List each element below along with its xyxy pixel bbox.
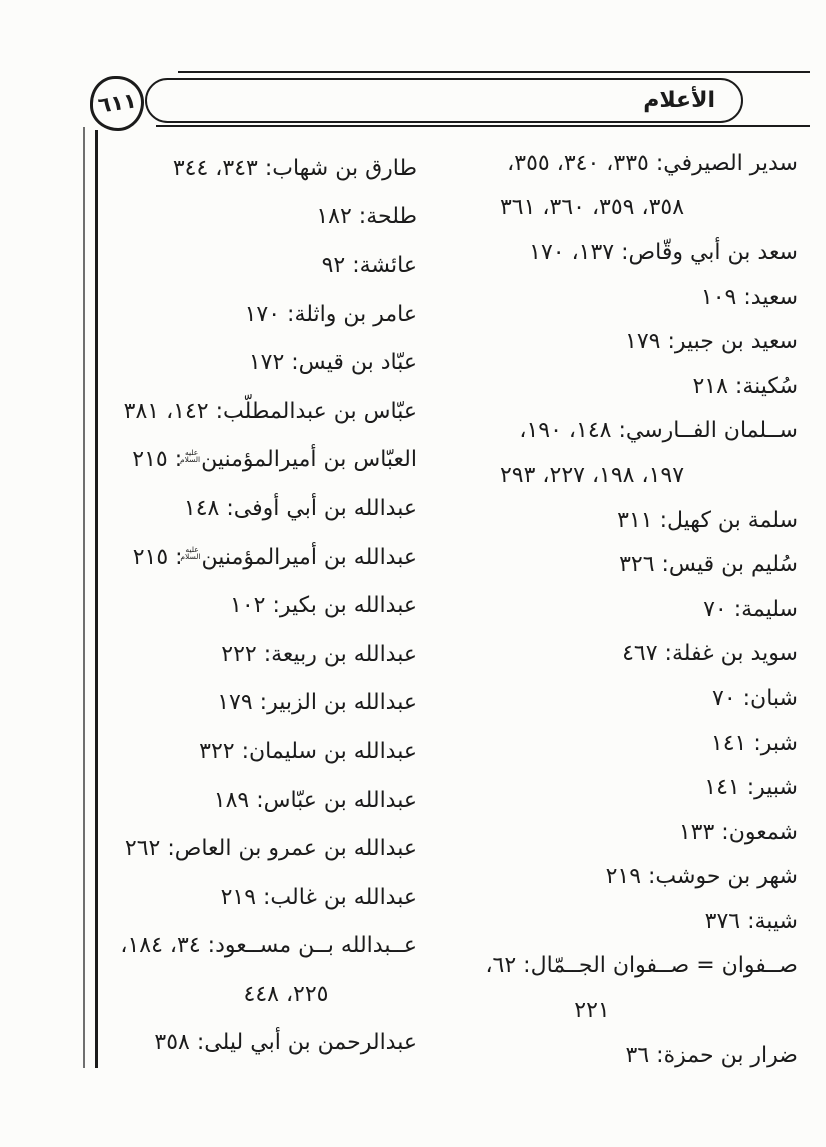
index-column-left: طارق بن شهاب: ٣٤٣، ٣٤٤طلحة: ١٨٢عائشة: ٩٢… bbox=[95, 144, 417, 1067]
index-entry: عبدالله بن سليمان: ٣٢٢ bbox=[95, 727, 417, 776]
index-entry: سدير الصيرفي: ٣٣٥، ٣٤٠، ٣٥٥، bbox=[426, 141, 798, 186]
honorific-alayhissalam: عليه السلام bbox=[184, 546, 201, 560]
index-entry: شبير: ١٤١ bbox=[426, 765, 798, 810]
index-entry: شيبة: ٣٧٦ bbox=[426, 899, 798, 944]
index-entry: طارق بن شهاب: ٣٤٣، ٣٤٤ bbox=[95, 144, 417, 193]
honorific-alayhissalam: عليه السلام bbox=[183, 449, 200, 463]
book-page: الأعلام ٦١١ سدير الصيرفي: ٣٣٥، ٣٤٠، ٣٥٥،… bbox=[0, 0, 826, 1147]
index-entry: عــبدالله بــن مســعود: ٣٤، ١٨٤، bbox=[95, 922, 417, 971]
index-entry: عبدالله بن عبّاس: ١٨٩ bbox=[95, 776, 417, 825]
index-entry: سعد بن أبي وقّاص: ١٣٧، ١٧٠ bbox=[426, 230, 798, 275]
index-entry: سويد بن غفلة: ٤٦٧ bbox=[426, 632, 798, 677]
index-entry: عبدالرحمن بن أبي ليلى: ٣٥٨ bbox=[95, 1019, 417, 1068]
index-entry: عبدالله بن بكير: ١٠٢ bbox=[95, 581, 417, 630]
index-entry-text: العبّاس بن أميرالمؤمنين bbox=[201, 447, 417, 472]
index-entry: عبدالله بن أميرالمؤمنينعليه السلام: ٢١٥ bbox=[95, 533, 417, 582]
index-entry: عبّاس بن عبدالمطلّب: ١٤٢، ٣٨١ bbox=[95, 387, 417, 436]
index-entry: شمعون: ١٣٣ bbox=[426, 810, 798, 855]
index-entry: عائشة: ٩٢ bbox=[95, 241, 417, 290]
header-rule-bottom bbox=[156, 125, 810, 127]
header-rule-top bbox=[178, 71, 810, 73]
index-entry: عبّاد بن قيس: ١٧٢ bbox=[95, 338, 417, 387]
index-entry: صــفوان = صــفوان الجــمّال: ٦٢، bbox=[426, 944, 798, 989]
index-entry: شبان: ٧٠ bbox=[426, 676, 798, 721]
header-title-pill: الأعلام bbox=[145, 78, 743, 123]
page-number-badge: ٦١١ bbox=[90, 76, 144, 131]
index-entry: عبدالله بن أبي أوفى: ١٤٨ bbox=[95, 484, 417, 533]
index-entry-continuation: ٣٥٨، ٣٥٩، ٣٦٠، ٣٦١ bbox=[426, 186, 798, 231]
index-entry: شهر بن حوشب: ٢١٩ bbox=[426, 855, 798, 900]
index-entry: عبدالله بن الزبير: ١٧٩ bbox=[95, 679, 417, 728]
page-title: الأعلام bbox=[643, 90, 715, 112]
index-entry: ضرار بن حمزة: ٣٦ bbox=[426, 1033, 798, 1078]
index-entry-continuation: ٢٢١ bbox=[426, 988, 798, 1033]
index-entry-text: : ٢١٥ bbox=[132, 447, 182, 472]
index-entry: عامر بن واثلة: ١٧٠ bbox=[95, 290, 417, 339]
index-entry: طلحة: ١٨٢ bbox=[95, 193, 417, 242]
index-entry: سعيد بن جبير: ١٧٩ bbox=[426, 319, 798, 364]
index-entry-text: عبدالله بن أميرالمؤمنين bbox=[202, 545, 417, 570]
page-number: ٦١١ bbox=[97, 90, 138, 116]
index-column-right: سدير الصيرفي: ٣٣٥، ٣٤٠، ٣٥٥،٣٥٨، ٣٥٩، ٣٦… bbox=[426, 141, 798, 1077]
index-entry: سليمة: ٧٠ bbox=[426, 587, 798, 632]
index-entry-continuation: ١٩٧، ١٩٨، ٢٢٧، ٢٩٣ bbox=[426, 453, 798, 498]
index-entry: سُكينة: ٢١٨ bbox=[426, 364, 798, 409]
index-entry: عبدالله بن غالب: ٢١٩ bbox=[95, 873, 417, 922]
index-entry: العبّاس بن أميرالمؤمنينعليه السلام: ٢١٥ bbox=[95, 436, 417, 485]
index-entry: شبر: ١٤١ bbox=[426, 721, 798, 766]
index-entry: عبدالله بن عمرو بن العاص: ٢٦٢ bbox=[95, 824, 417, 873]
margin-rule-outer bbox=[83, 127, 85, 1068]
index-entry: سعيد: ١٠٩ bbox=[426, 275, 798, 320]
index-entry: سُليم بن قيس: ٣٢٦ bbox=[426, 542, 798, 587]
index-entry-text: : ٢١٥ bbox=[133, 545, 183, 570]
index-entry: ســلمان الفــارسي: ١٤٨، ١٩٠، bbox=[426, 409, 798, 454]
index-entry-continuation: ٢٢٥، ٤٤٨ bbox=[95, 970, 417, 1019]
index-entry: سلمة بن كهيل: ٣١١ bbox=[426, 498, 798, 543]
index-entry: عبدالله بن ربيعة: ٢٢٢ bbox=[95, 630, 417, 679]
